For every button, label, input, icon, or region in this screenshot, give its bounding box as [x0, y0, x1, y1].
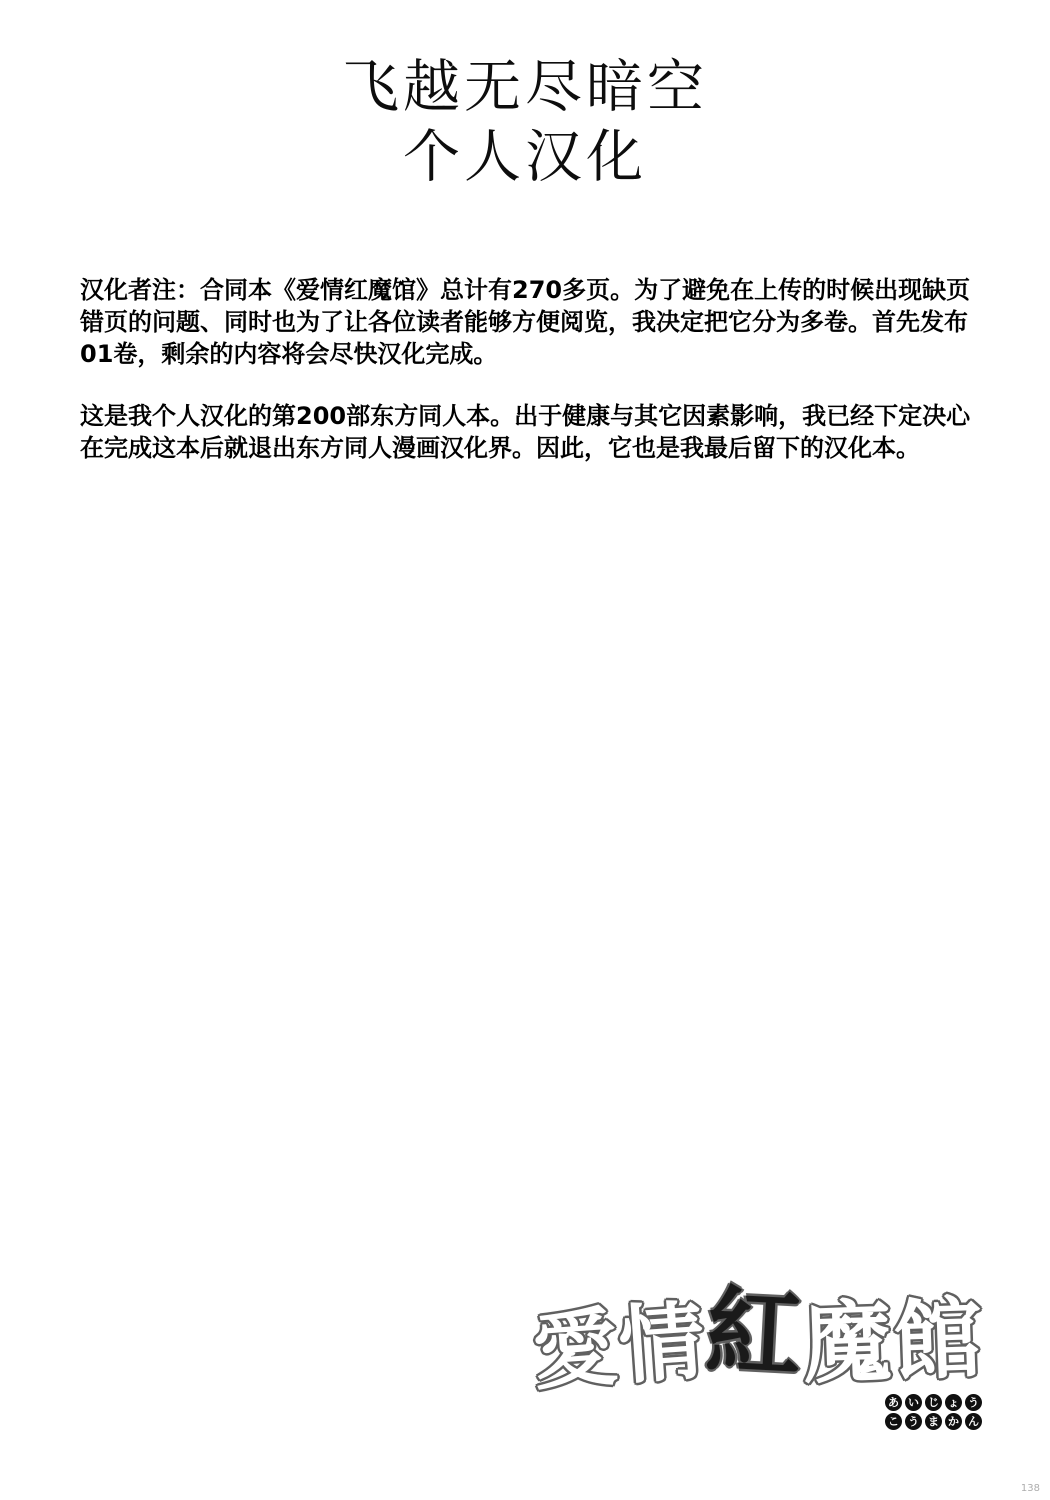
title-line-1: 飞越无尽暗空: [0, 52, 1050, 122]
note-line: 在完成这本后就退出东方同人漫画汉化界。因此，它也是我最后留下的汉化本。: [80, 432, 980, 464]
furigana-kana: あ: [885, 1394, 902, 1411]
furigana-kana: こ: [885, 1413, 902, 1430]
doujin-logo: 愛情紅魔館 あいじょう こうまかん: [532, 1291, 984, 1430]
furigana-kana: か: [945, 1413, 962, 1430]
logo-part-makan: 魔館: [802, 1295, 986, 1390]
note-line: 01卷，剩余的内容将会尽快汉化完成。: [80, 338, 980, 370]
logo-part-kou: 紅: [704, 1284, 806, 1384]
furigana-kana: い: [905, 1394, 922, 1411]
note-paragraph-1: 汉化者注：合同本《爱情红魔馆》总计有270多页。为了避免在上传的时候出现缺页 错…: [80, 274, 980, 370]
logo-part-aijou: 愛情: [530, 1299, 710, 1396]
logo-furigana: あいじょう こうまかん: [532, 1394, 982, 1430]
title-line-2: 个人汉化: [0, 122, 1050, 192]
furigana-kana: ん: [965, 1413, 982, 1430]
note-line: 错页的问题、同时也为了让各位读者能够方便阅览，我决定把它分为多卷。首先发布: [80, 306, 980, 338]
page-number: 138: [1021, 1483, 1040, 1494]
scanned-page: 飞越无尽暗空 个人汉化 汉化者注：合同本《爱情红魔馆》总计有270多页。为了避免…: [0, 0, 1050, 1500]
furigana-kana: う: [905, 1413, 922, 1430]
furigana-kana: ょ: [945, 1394, 962, 1411]
furigana-kana: ま: [925, 1413, 942, 1430]
furigana-row-2: こうまかん: [532, 1413, 982, 1430]
furigana-kana: じ: [925, 1394, 942, 1411]
note-line: 汉化者注：合同本《爱情红魔馆》总计有270多页。为了避免在上传的时候出现缺页: [80, 274, 980, 306]
note-line: 这是我个人汉化的第200部东方同人本。出于健康与其它因素影响，我已经下定决心: [80, 400, 980, 432]
note-paragraph-2: 这是我个人汉化的第200部东方同人本。出于健康与其它因素影响，我已经下定决心 在…: [80, 400, 980, 464]
furigana-kana: う: [965, 1394, 982, 1411]
translator-note: 汉化者注：合同本《爱情红魔馆》总计有270多页。为了避免在上传的时候出现缺页 错…: [80, 274, 980, 464]
page-title: 飞越无尽暗空 个人汉化: [0, 52, 1050, 192]
logo-title-text: 愛情紅魔館: [532, 1291, 984, 1386]
